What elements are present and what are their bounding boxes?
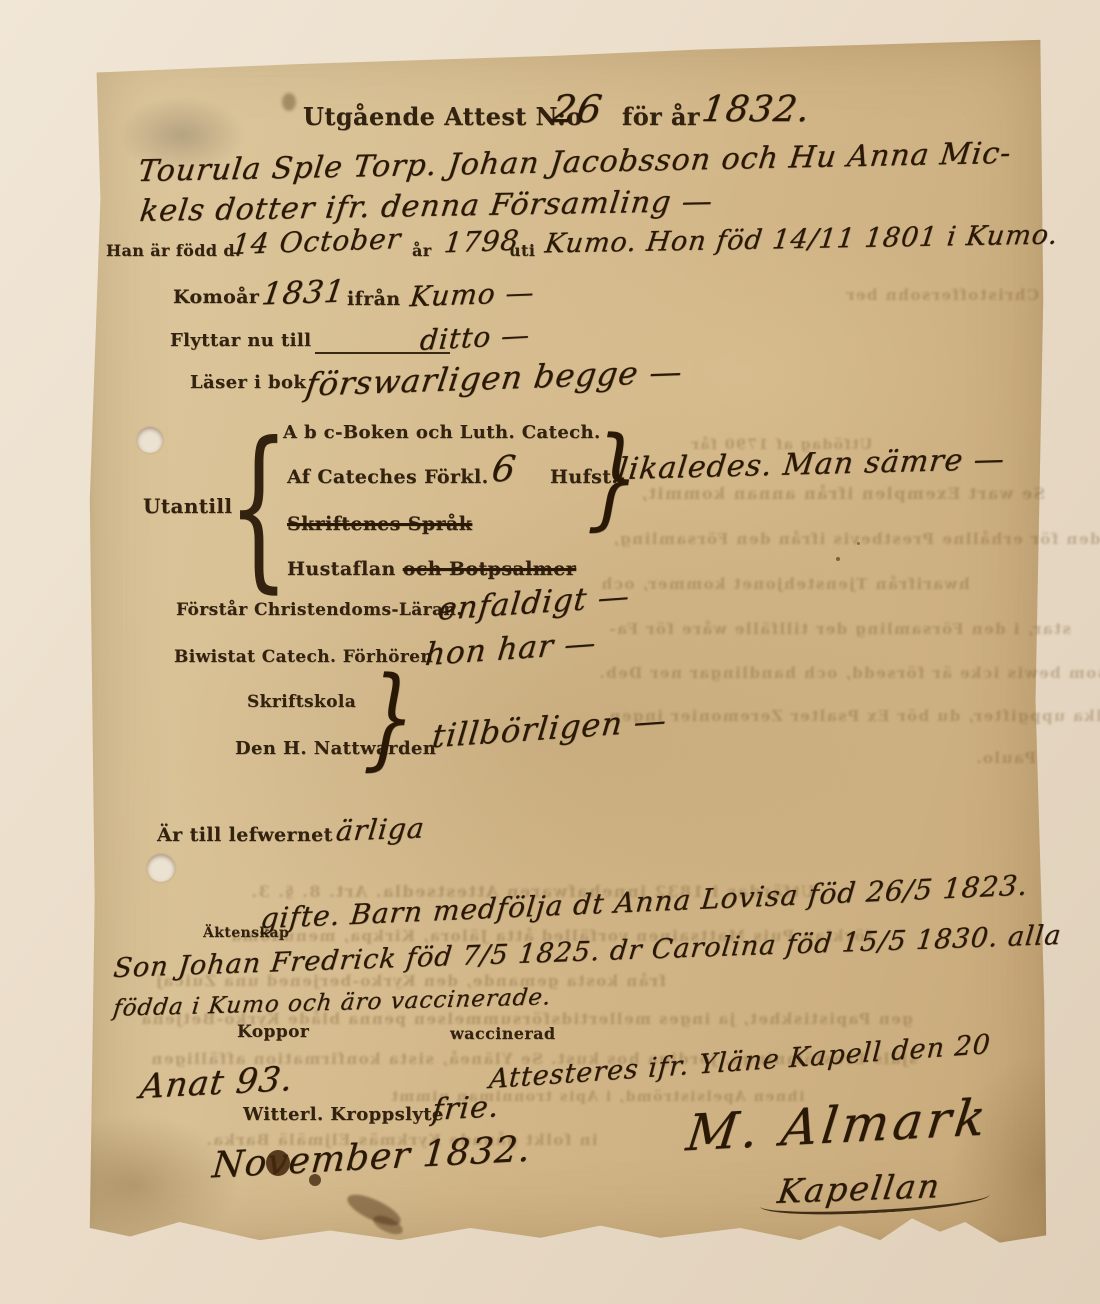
title-number-handwritten: 26: [549, 90, 605, 128]
moving-destination: ditto —: [419, 321, 531, 355]
showthrough-line: Se wart Exemplen ifrån annan kommit,: [640, 486, 1045, 502]
smallpox-note: Anat 93.: [138, 1062, 295, 1104]
ink-blot: [266, 1150, 290, 1176]
born-date: 14 October: [231, 225, 403, 259]
showthrough-line: Christoffersohn ber: [845, 288, 1039, 303]
defects-label: Witterl. Kroppslyte: [243, 1106, 444, 1124]
arrival-from-label: ifrån: [347, 290, 401, 309]
arrival-from-place: Kumo —: [409, 279, 537, 311]
conduct-note: ärliga: [335, 814, 427, 845]
showthrough-line: Paulo.: [975, 751, 1036, 766]
paper-speck: [282, 93, 296, 111]
utantill-left-brace: {: [228, 420, 289, 595]
utantill-item-abc: A b c-Boken och Luth. Catech.: [283, 424, 601, 442]
photo-backdrop: Christoffersohn ber Utfödag af 1790 får …: [0, 0, 1100, 1304]
utantill-item-cateches-count: 6: [489, 452, 518, 488]
born-year-label: år: [412, 243, 432, 259]
signature-name: M. Almark: [684, 1092, 992, 1158]
utantill-item-hustaflan-struck: och Botpsalmer: [403, 558, 577, 580]
utantill-item-hustaflan: Hustaflan och Botpsalmer: [287, 560, 576, 579]
showthrough-line: gmest för Husbonden för erhållne Prestbe…: [612, 532, 1100, 547]
utantill-item-skriftenes: Skriftenes Språk: [287, 515, 472, 534]
arrival-label: Komoår: [173, 288, 259, 307]
utantill-item-hustaflan-kept: Hustaflan: [287, 558, 403, 580]
arrival-year: 1831: [260, 276, 347, 310]
punch-hole-bottom: [147, 854, 175, 882]
title-year-handwritten: 1832.: [699, 92, 812, 128]
school-label: Skriftskola: [247, 694, 356, 711]
born-place-label: uti: [509, 243, 535, 259]
showthrough-line: skrift, på hvilka uppgifter, du bör Ex P…: [608, 709, 1100, 724]
reading-label: Läser i bok: [190, 374, 306, 392]
vaccinated-label: waccinerad: [450, 1026, 556, 1042]
paper-speck: [836, 557, 840, 561]
showthrough-line: -bten, som bewis icke är försedd, och ha…: [598, 666, 1100, 681]
punch-hole-top: [137, 427, 163, 453]
communion-brace: }: [363, 662, 418, 772]
title-printed-prefix: Utgående Attest N:o: [303, 105, 583, 129]
defects-note: frie.: [431, 1092, 501, 1126]
utantill-item-cateches-label: Af Cateches Förkl.: [287, 468, 489, 487]
showthrough-line: star, i den Församling der tillfälle wår…: [608, 622, 1071, 637]
understanding-label: Förstår Christendoms-Läran.: [176, 602, 463, 619]
conduct-label: Är till lefwernet: [157, 826, 333, 845]
utantill-label: Utantill: [143, 496, 232, 516]
showthrough-line: hwarifrån Tjenstehjonet kommer, och: [600, 577, 970, 592]
born-label: Han är född d.: [106, 243, 241, 259]
smallpox-label: Koppor: [237, 1024, 309, 1041]
moving-label: Flyttar nu till: [170, 332, 311, 350]
paper-speck: [857, 542, 860, 545]
ink-blot: [309, 1174, 321, 1186]
title-printed-infix: för år: [622, 105, 700, 129]
